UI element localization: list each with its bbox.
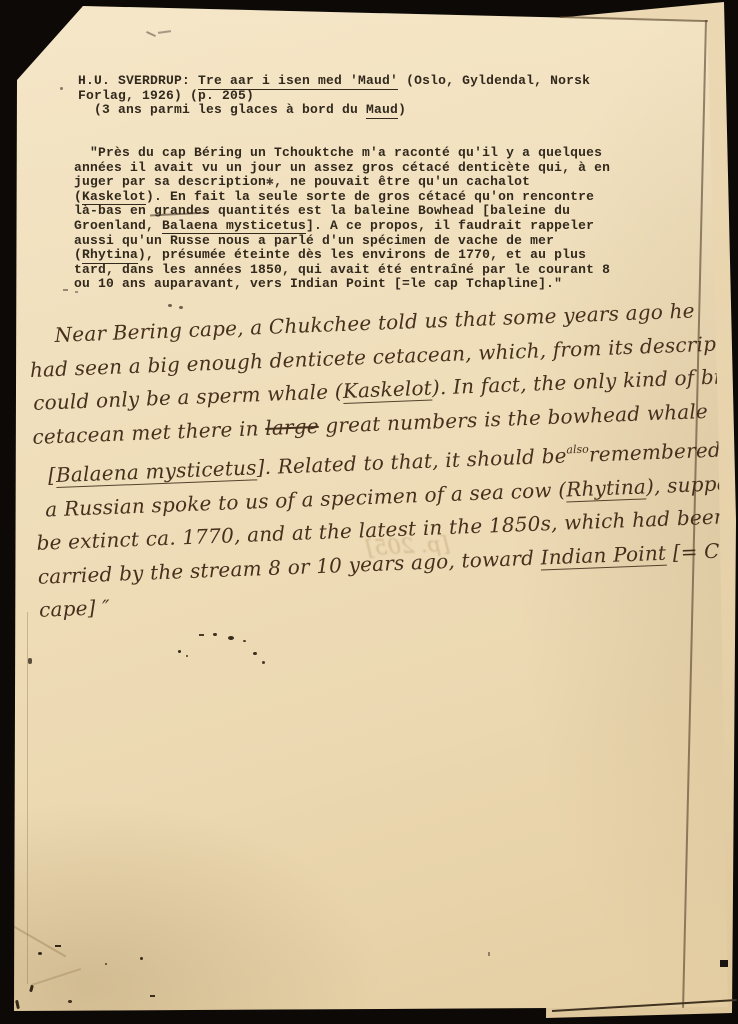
- text-line: juger par sa description✱, ne pouvait êt…: [74, 175, 610, 190]
- pencil-smudge: [158, 30, 171, 34]
- scanned-document: H.U. SVERDRUP: Tre aar i isen med 'Maud'…: [0, 0, 738, 1024]
- text-line: tard, dans les années 1850, qui avait ét…: [74, 263, 610, 278]
- ink-speck: [140, 957, 143, 960]
- reference-header: H.U. SVERDRUP: Tre aar i isen med 'Maud'…: [78, 74, 590, 118]
- ink-dot: [60, 87, 63, 90]
- text-line: Forlag, 1926) (p. 205): [78, 89, 590, 104]
- ink-speck: [186, 655, 188, 657]
- wrinkle: [31, 968, 81, 985]
- ink-speck: [105, 963, 107, 965]
- ink-speck: [253, 652, 257, 655]
- ink-speck: [178, 650, 181, 653]
- text-line: ou 10 ans auparavant, vers Indian Point …: [74, 277, 610, 292]
- ink-speck: [243, 640, 246, 642]
- ink-dot: [168, 304, 172, 307]
- ink-speck: [213, 633, 217, 636]
- ink-dot: [179, 306, 183, 309]
- ink-speck: [150, 995, 155, 997]
- ink-speck: [29, 985, 34, 993]
- text-line: Groenland, Balaena mysticetus]. A ce pro…: [74, 219, 610, 234]
- ink-speck: [55, 945, 61, 947]
- ink-dot: [63, 289, 68, 291]
- text-line: (Rhytina), présumée éteinte dès les envi…: [74, 248, 610, 263]
- ink-speck: [38, 952, 42, 955]
- text-line: H.U. SVERDRUP: Tre aar i isen med 'Maud'…: [78, 74, 590, 89]
- crease-line: [27, 612, 28, 984]
- ink-speck: [28, 658, 32, 664]
- text-line: "Près du cap Béring un Tchouktche m'a ra…: [74, 146, 610, 161]
- document-page: H.U. SVERDRUP: Tre aar i isen med 'Maud'…: [0, 0, 738, 1024]
- pencil-smudge: [146, 31, 156, 37]
- text-line: (3 ans parmi les glaces à bord du Maud): [78, 103, 590, 118]
- show-through-stamp: [p. 205]: [365, 532, 449, 560]
- ink-speck: [199, 634, 204, 636]
- ink-speck: [262, 661, 265, 664]
- text-line: (Kaskelot). En fait la seule sorte de gr…: [74, 190, 610, 205]
- text-line: là-bas en grandes quantités est la balei…: [74, 204, 610, 219]
- ink-speck: [488, 952, 490, 956]
- french-quotation: "Près du cap Béring un Tchouktche m'a ra…: [74, 146, 610, 292]
- ink-speck: [228, 636, 234, 640]
- ink-speck: [68, 1000, 72, 1003]
- ink-speck: [15, 1000, 20, 1009]
- handwritten-translation: Near Bering cape, a Chukchee told us tha…: [28, 291, 738, 627]
- text-line: années il avait vu un jour un assez gros…: [74, 161, 610, 176]
- wrinkle: [12, 925, 66, 957]
- text-line: aussi qu'un Russe nous a parlé d'un spéc…: [74, 234, 610, 249]
